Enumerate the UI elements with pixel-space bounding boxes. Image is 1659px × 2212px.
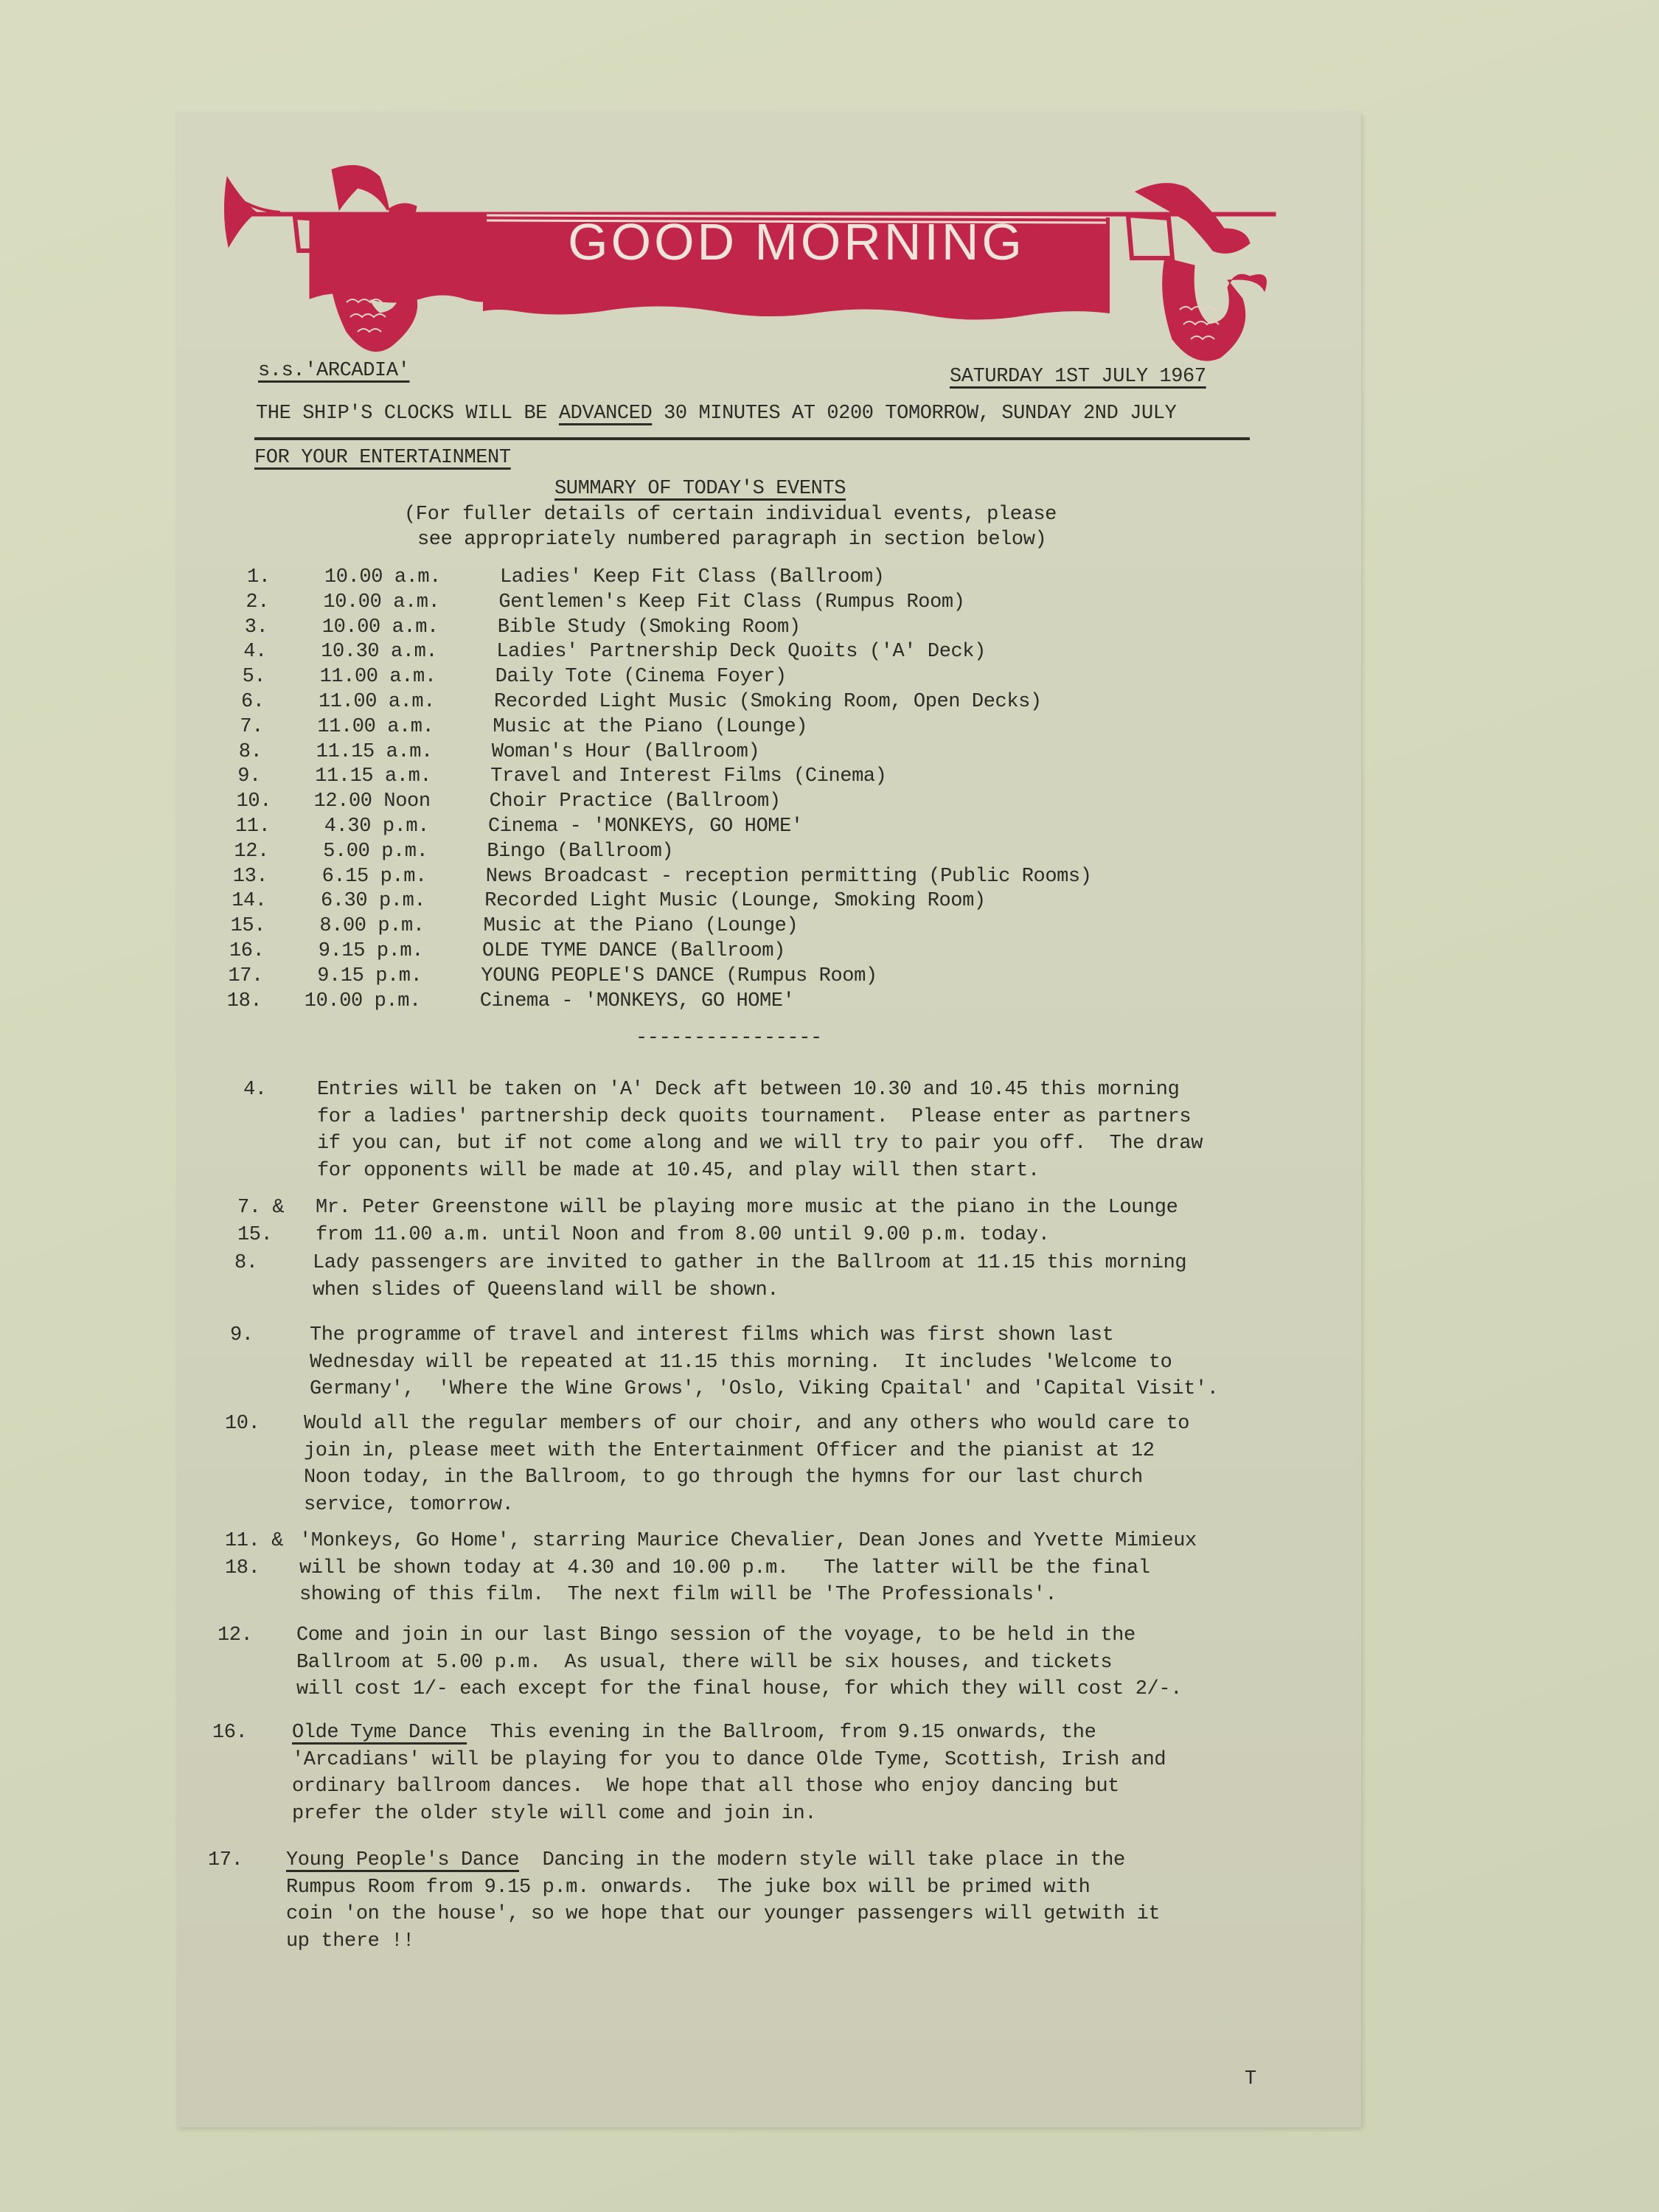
paragraph-line: Ballroom at 5.00 p.m. As usual, there wi… (296, 1649, 1182, 1677)
event-title: Recorded Light Music (Lounge, Smoking Ro… (484, 890, 986, 912)
paragraph-line: service, tomorrow. (304, 1492, 1189, 1519)
event-time: 11.00 a.m. (317, 716, 465, 738)
ship-name: s.s.'ARCADIA' (258, 360, 409, 382)
paragraph-body: 'Monkeys, Go Home', starring Maurice Che… (299, 1528, 1197, 1609)
event-title: Cinema - 'MONKEYS, GO HOME' (488, 815, 803, 838)
paragraph-line: when slides of Queensland will be shown. (313, 1277, 1186, 1304)
paragraph-line: coin 'on the house', so we hope that our… (286, 1901, 1160, 1928)
event-title: OLDE TYME DANCE (Ballroom) (482, 940, 785, 962)
paragraph-number: 8. (234, 1250, 258, 1277)
event-title: YOUNG PEOPLE'S DANCE (Rumpus Room) (481, 965, 877, 987)
event-number: 8. (239, 741, 291, 763)
event-title: Bible Study (Smoking Room) (498, 616, 801, 639)
event-number: 10. (237, 790, 288, 813)
paragraph-number: 16. (212, 1719, 247, 1747)
clock-notice-emphasis: ADVANCED (559, 403, 652, 425)
event-time: 10.30 a.m. (321, 641, 468, 663)
banner-title: GOOD MORNING (501, 212, 1091, 271)
event-time: 8.00 p.m. (308, 915, 456, 937)
paragraph-number: 10. (225, 1411, 260, 1438)
clock-notice-suffix: 30 MINUTES AT 0200 TOMORROW, SUNDAY 2ND … (652, 403, 1176, 425)
event-number: 2. (246, 591, 297, 613)
event-title: Woman's Hour (Ballroom) (492, 741, 759, 763)
paragraph-line: Germany', 'Where the Wine Grows', 'Oslo,… (310, 1376, 1219, 1403)
event-number: 13. (233, 866, 285, 888)
event-time: 11.15 a.m. (316, 741, 464, 763)
event-number: 7. (240, 716, 291, 738)
paragraph-line: join in, please meet with the Entertainm… (304, 1438, 1189, 1465)
paragraph-line: will be shown today at 4.30 and 10.00 p.… (299, 1555, 1197, 1582)
paragraph-line: Lady passengers are invited to gather in… (313, 1250, 1186, 1277)
event-title: Cinema - 'MONKEYS, GO HOME' (480, 990, 795, 1012)
paragraph-line: Rumpus Room from 9.15 p.m. onwards. The … (286, 1874, 1160, 1902)
paragraph-number: 11. & 18. (225, 1528, 283, 1582)
clock-notice: THE SHIP'S CLOCKS WILL BE ADVANCED 30 MI… (256, 403, 1176, 425)
event-title: News Broadcast - reception permitting (P… (486, 866, 1092, 888)
event-number: 3. (245, 616, 296, 639)
event-time: 5.00 p.m. (311, 841, 459, 863)
paragraph-line: Would all the regular members of our cho… (304, 1411, 1189, 1438)
event-number: 18. (227, 990, 279, 1012)
event-time: 11.00 a.m. (319, 691, 466, 713)
paragraph-line: 'Monkeys, Go Home', starring Maurice Che… (299, 1528, 1197, 1555)
paragraph-line: up there !! (286, 1928, 1160, 1955)
paragraph-line: will cost 1/- each except for the final … (296, 1676, 1182, 1703)
event-number: 17. (228, 965, 279, 987)
event-title: Daily Tote (Cinema Foyer) (495, 666, 787, 688)
event-time: 10.00 a.m. (324, 566, 472, 588)
paragraph-number: 17. (208, 1847, 243, 1874)
paragraph-title: Olde Tyme Dance (292, 1722, 467, 1744)
event-number: 6. (241, 691, 293, 713)
paragraph-line: if you can, but if not come along and we… (317, 1130, 1203, 1158)
event-time: 9.15 p.m. (305, 965, 453, 987)
paragraph-body: Olde Tyme Dance This evening in the Ball… (292, 1719, 1166, 1827)
paragraph-body: Entries will be taken on 'A' Deck aft be… (317, 1077, 1203, 1184)
paragraph-line: Come and join in our last Bingo session … (296, 1622, 1182, 1649)
event-time: 11.00 a.m. (320, 666, 467, 688)
paragraph-line: Wednesday will be repeated at 11.15 this… (310, 1349, 1219, 1377)
paragraph-line: 'Arcadians' will be playing for you to d… (292, 1747, 1166, 1774)
paragraph-line: for opponents will be made at 10.45, and… (317, 1158, 1203, 1185)
summary-title: SUMMARY OF TODAY'S EVENTS (554, 478, 846, 500)
separator: ---------------- (636, 1027, 822, 1049)
event-number: 14. (232, 890, 283, 912)
event-number: 16. (229, 940, 281, 962)
paragraph-number: 12. (218, 1622, 252, 1649)
paragraph-line: ordinary ballroom dances. We hope that a… (292, 1773, 1166, 1801)
paragraph-number: 9. (230, 1322, 254, 1349)
event-title: Gentlemen's Keep Fit Class (Rumpus Room) (498, 591, 964, 613)
summary-note-line2: see appropriately numbered paragraph in … (417, 529, 1046, 551)
event-time: 10.00 a.m. (322, 616, 470, 639)
event-time: 12.00 Noon (314, 790, 462, 813)
event-time: 4.30 p.m. (313, 815, 460, 838)
event-title: Ladies' Keep Fit Class (Ballroom) (500, 566, 885, 588)
summary-note-line1: (For fuller details of certain individua… (404, 504, 1057, 526)
paragraph-line: prefer the older style will come and joi… (292, 1801, 1166, 1828)
event-title: Ladies' Partnership Deck Quoits ('A' Dec… (496, 641, 986, 663)
paragraph-line: Olde Tyme Dance This evening in the Ball… (292, 1719, 1166, 1747)
event-title: Recorded Light Music (Smoking Room, Open… (494, 691, 1042, 713)
clock-notice-prefix: THE SHIP'S CLOCKS WILL BE (256, 403, 559, 425)
paragraph-body: Mr. Peter Greenstone will be playing mor… (316, 1194, 1178, 1248)
paragraph-body: The programme of travel and interest fil… (310, 1322, 1219, 1403)
event-title: Choir Practice (Ballroom) (490, 790, 781, 813)
event-time: 10.00 p.m. (305, 990, 452, 1012)
event-number: 15. (231, 915, 282, 937)
paragraph-body: Come and join in our last Bingo session … (296, 1622, 1182, 1703)
paragraph-line: from 11.00 a.m. until Noon and from 8.00… (316, 1222, 1178, 1249)
paragraph-line: Mr. Peter Greenstone will be playing mor… (316, 1194, 1178, 1222)
event-time: 6.30 p.m. (309, 890, 456, 912)
event-number: 9. (237, 765, 289, 787)
event-title: Music at the Piano (Lounge) (493, 716, 807, 738)
event-time: 6.15 p.m. (310, 866, 458, 888)
section-heading: FOR YOUR ENTERTAINMENT (254, 447, 511, 469)
paragraph-line: Young People's Dance Dancing in the mode… (286, 1847, 1160, 1874)
paragraph-body: Young People's Dance Dancing in the mode… (286, 1847, 1160, 1955)
event-title: Music at the Piano (Lounge) (484, 915, 799, 937)
event-number: 4. (243, 641, 295, 663)
paragraph-line: for a ladies' partnership deck quoits to… (317, 1104, 1203, 1131)
event-time: 11.15 a.m. (315, 765, 462, 787)
event-title: Travel and Interest Films (Cinema) (490, 765, 886, 787)
footer-mark: T (1245, 2068, 1256, 2090)
paragraph-number: 7. & 15. (237, 1194, 284, 1248)
event-number: 1. (247, 566, 299, 588)
issue-date: SATURDAY 1ST JULY 1967 (950, 366, 1206, 388)
paragraph-line: showing of this film. The next film will… (299, 1582, 1197, 1609)
paragraph-title: Young People's Dance (286, 1849, 519, 1871)
event-number: 11. (235, 815, 287, 838)
paragraph-line: Entries will be taken on 'A' Deck aft be… (317, 1077, 1203, 1104)
paragraph-body: Would all the regular members of our cho… (304, 1411, 1189, 1518)
paragraph-number: 4. (243, 1077, 267, 1104)
paragraph-body: Lady passengers are invited to gather in… (313, 1250, 1186, 1304)
event-time: 9.15 p.m. (307, 940, 454, 962)
header-rule (254, 437, 1250, 440)
masthead: GOOD MORNING (221, 147, 1327, 369)
event-number: 5. (243, 666, 294, 688)
event-number: 12. (234, 841, 285, 863)
paragraph-line: Noon today, in the Ballroom, to go throu… (304, 1464, 1189, 1492)
event-time: 10.00 a.m. (323, 591, 470, 613)
paragraph-line: The programme of travel and interest fil… (310, 1322, 1219, 1349)
event-title: Bingo (Ballroom) (487, 841, 673, 863)
